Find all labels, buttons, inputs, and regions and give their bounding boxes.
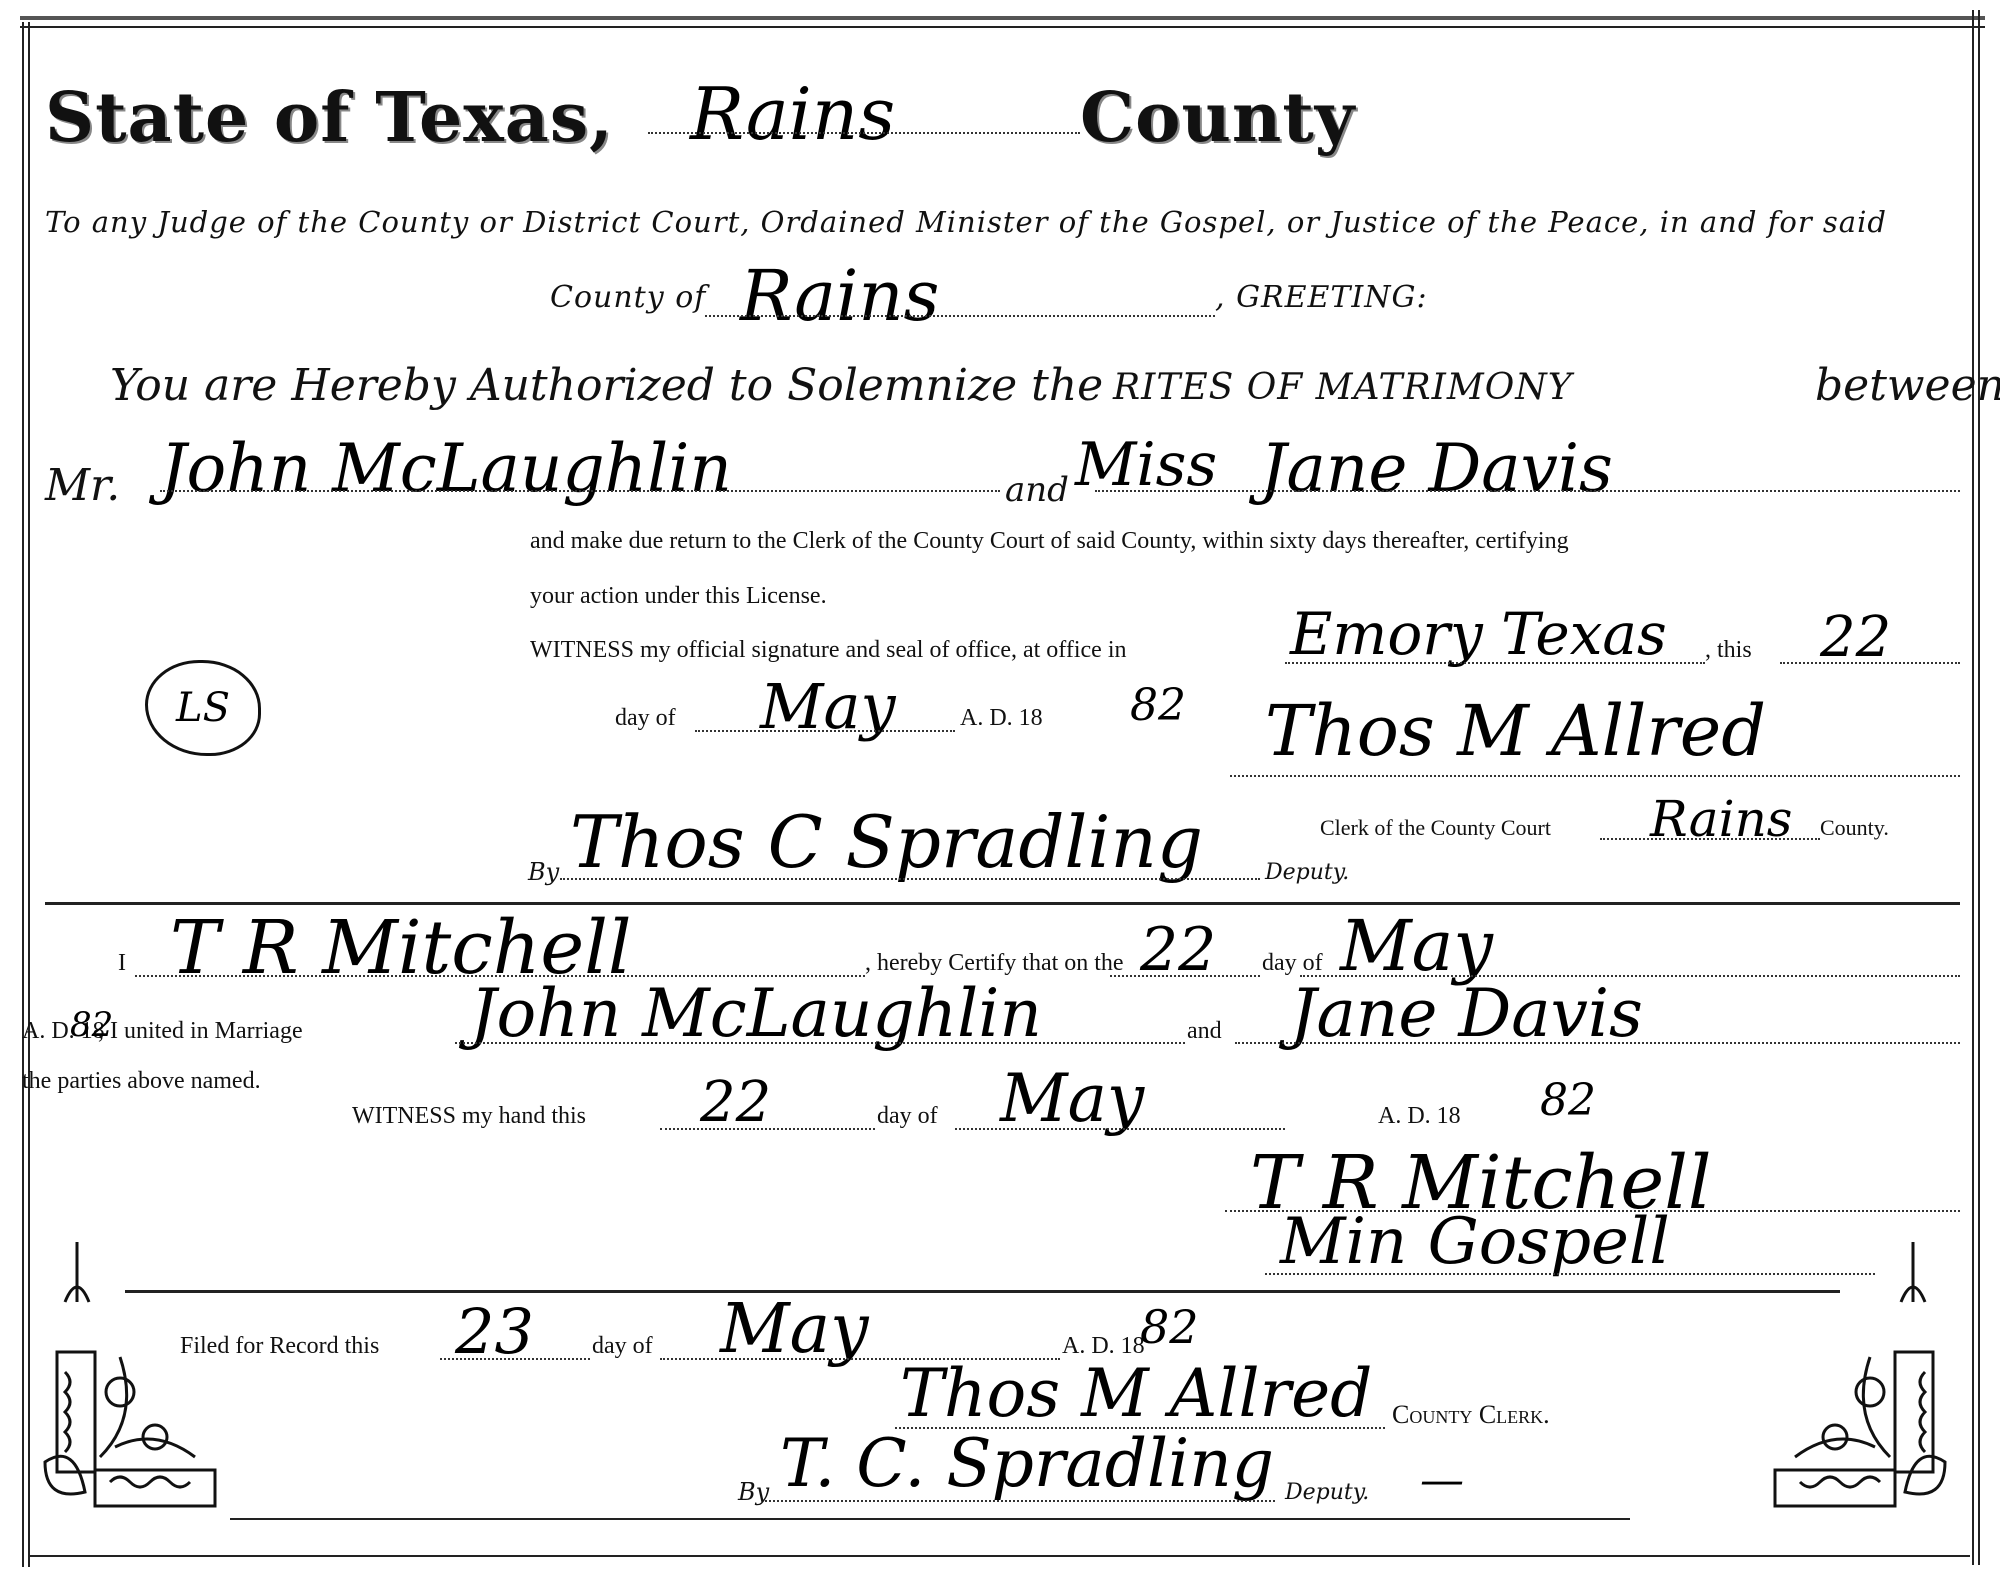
filed-day-line (440, 1358, 590, 1360)
certificate-day-of-label: day of (1262, 950, 1323, 977)
groom-line (160, 490, 1000, 492)
license-day-of-label: day of (615, 705, 676, 732)
witness-hand-text: WITNESS my hand this (352, 1103, 586, 1130)
filed-day-of-label: day of (592, 1333, 653, 1360)
office-location: Emory Texas (1290, 600, 1667, 668)
ornament-corner-left-icon (15, 1232, 235, 1532)
county-clerk-label: County Clerk. (1392, 1400, 1550, 1430)
deputy-line (560, 878, 1260, 880)
bride-name: Jane Davis (1260, 430, 1613, 507)
certificate-i-label: I (118, 950, 126, 977)
clerk-signature-line (1230, 775, 1960, 777)
groom-prefix: Mr. (45, 460, 120, 511)
bride-line (1095, 490, 1960, 492)
witness-year-value: 82 (1540, 1075, 1596, 1126)
header-county-value: Rains (690, 72, 895, 156)
seal-text: LS (176, 685, 230, 731)
rites-of-matrimony: RITES OF MATRIMONY (1113, 367, 1573, 408)
county-heading: County (1080, 78, 1355, 158)
state-heading: State of Texas, (45, 78, 614, 158)
top-border (20, 16, 1985, 28)
united-text: , I united in Marriage (98, 1018, 303, 1045)
license-by-label: By (528, 858, 559, 886)
officiant-title: Min Gospell (1280, 1205, 1670, 1279)
seal-ls: LS (145, 660, 261, 756)
and-label: and (1005, 470, 1069, 510)
bottom-border (30, 1555, 1970, 1557)
filing-dash: — (1420, 1455, 1464, 1506)
license-day-value: 22 (1820, 605, 1891, 670)
witness-month-line (955, 1128, 1285, 1130)
certificate-and-label: and (1187, 1018, 1222, 1045)
this-label: , this (1705, 637, 1752, 664)
office-location-line (1285, 662, 1705, 664)
between-label: between (1815, 360, 2000, 411)
clerk-county-line (1600, 838, 1820, 840)
deputy-signature: Thos C Spradling (570, 800, 1203, 884)
county-of-label: County of (550, 280, 706, 315)
bottom-divider (230, 1518, 1630, 1520)
greeting: , GREETING: (1215, 280, 1428, 315)
license-day-line (1780, 662, 1960, 664)
header-county-line (648, 132, 1080, 134)
groom-name: John McLaughlin (160, 430, 732, 507)
license-month-value: May (760, 670, 895, 743)
clerk-title: Clerk of the County Court (1320, 815, 1551, 841)
witness-month-value: May (1000, 1060, 1144, 1137)
license-deputy-label: Deputy. (1265, 860, 1349, 885)
certificate-day-line (1110, 975, 1260, 977)
witness-ad-label: A. D. 18 (1378, 1103, 1461, 1130)
filing-deputy-signature: T. C. Spradling (780, 1425, 1274, 1502)
county-of-value: Rains (740, 255, 939, 337)
witness-day-value: 22 (700, 1070, 771, 1135)
ornament-corner-right-icon (1755, 1232, 1975, 1532)
county-of-line (705, 315, 1215, 317)
certificate-bride-name: Jane Davis (1290, 975, 1643, 1052)
filing-divider (125, 1290, 1840, 1293)
return-text-1: and make due return to the Clerk of the … (530, 528, 1569, 555)
county-suffix: County. (1820, 815, 1889, 841)
license-ad-label: A. D. 18 (960, 705, 1043, 732)
filing-clerk-signature: Thos M Allred (900, 1355, 1372, 1432)
filed-year-value: 82 (1140, 1300, 1199, 1354)
witness-day-of-label: day of (877, 1103, 938, 1130)
certificate-bride-line (1235, 1042, 1960, 1044)
authorization-line: You are Hereby Authorized to Solemnize t… (110, 360, 1103, 411)
witness-day-line (660, 1128, 875, 1130)
certificate-groom-line (455, 1042, 1185, 1044)
license-year-value: 82 (1130, 680, 1186, 731)
parties-text: the parties above named. (22, 1068, 261, 1095)
return-text-2: your action under this License. (530, 583, 827, 610)
filing-deputy-label: Deputy. (1285, 1480, 1369, 1505)
witness-official-text: WITNESS my official signature and seal o… (530, 637, 1126, 664)
address-line: To any Judge of the County or District C… (45, 205, 1965, 239)
clerk-signature: Thos M Allred (1265, 690, 1766, 772)
filing-deputy-line (765, 1500, 1275, 1502)
license-month-line (695, 730, 955, 732)
certificate-groom-name: John McLaughlin (470, 975, 1042, 1052)
certify-text: , hereby Certify that on the (865, 950, 1124, 977)
